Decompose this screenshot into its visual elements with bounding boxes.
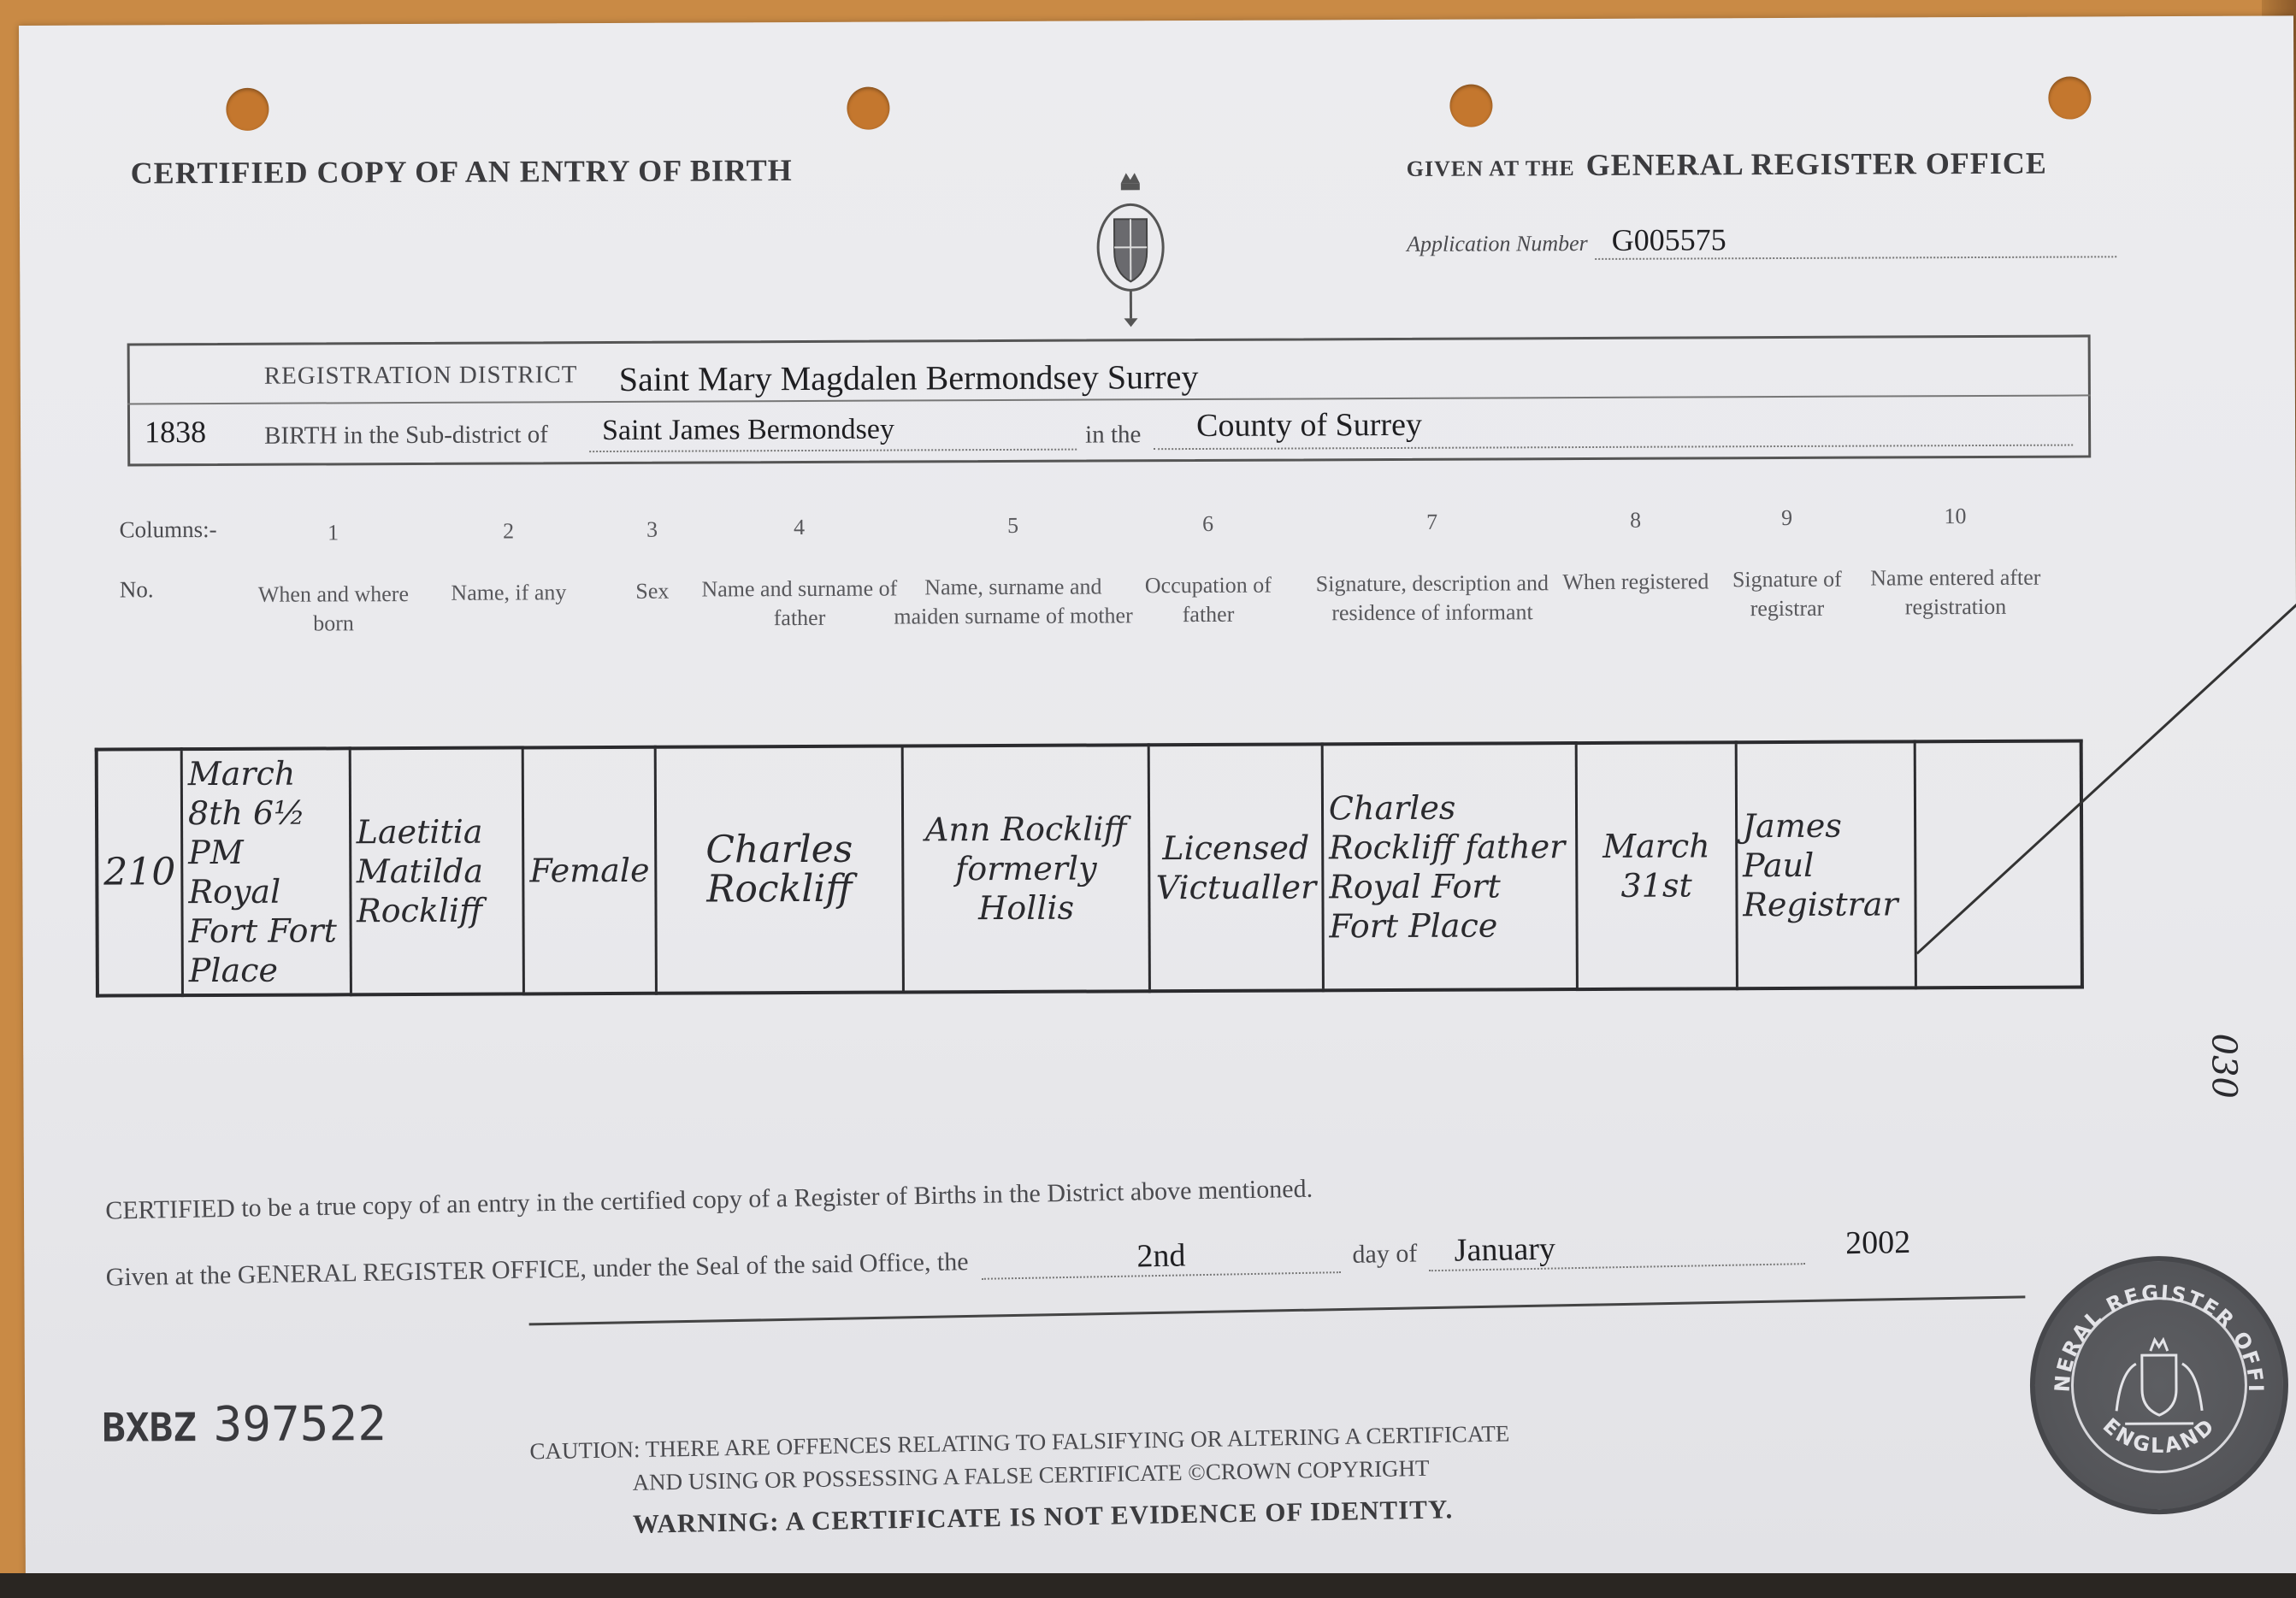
svg-text:GENERAL REGISTER OFFICE: GENERAL REGISTER OFFICE	[2034, 1260, 2268, 1395]
certification-month: January	[1454, 1231, 1555, 1269]
seal-coat-of-arms-icon	[2116, 1340, 2202, 1424]
certification-year: 2002	[1845, 1224, 1911, 1261]
entry-father: Charles Rockliff	[655, 746, 903, 994]
entry-mother: Ann Rockliff formerly Hollis	[902, 745, 1150, 992]
entry-name: Laetitia Matilda Rockliff	[350, 747, 524, 994]
general-register-office-seal: GENERAL REGISTER OFFICE ENGLAND	[2029, 1255, 2288, 1514]
column-heading-1: When and where born	[244, 580, 423, 639]
entry-number: 210	[97, 749, 183, 995]
punch-hole	[226, 88, 269, 131]
day-of-label: day of	[1352, 1239, 1417, 1268]
in-the-label: in the	[1085, 421, 1141, 449]
margin-note: 030	[2204, 1033, 2243, 1099]
signature-rule	[529, 1295, 2026, 1325]
entry-when-registered: March 31st	[1576, 742, 1737, 989]
column-heading-2: Name, if any	[419, 578, 599, 608]
entry-when-where-born: March 8th 6½ PM Royal Fort Fort Place	[181, 748, 351, 995]
column-number-2: 2	[436, 516, 581, 546]
sub-district-value: Saint James Bermondsey	[602, 414, 894, 447]
column-number-10: 10	[1865, 502, 2045, 532]
identity-warning: WARNING: A CERTIFICATE IS NOT EVIDENCE O…	[633, 1494, 1454, 1540]
entry-sex: Female	[522, 747, 656, 994]
columns-label: Columns:-	[120, 516, 217, 543]
given-at-office: GENERAL REGISTER OFFICE	[1586, 146, 2047, 182]
application-number-label: Application Number	[1407, 231, 1588, 257]
dark-surface-edge	[0, 1573, 2296, 1598]
sub-district-label: BIRTH in the Sub-district of	[264, 421, 548, 450]
given-at-label: GIVEN AT THE GENERAL REGISTER OFFICE	[1407, 145, 2047, 184]
column-heading-7: Signature, description and residence of …	[1287, 569, 1578, 628]
entry-occupation: Licensed Victualler	[1148, 744, 1323, 991]
no-label: No.	[120, 576, 154, 603]
registration-district-label: REGISTRATION DISTRICT	[264, 361, 578, 391]
birth-certificate-page: CERTIFIED COPY OF AN ENTRY OF BIRTH GIVE…	[19, 15, 2296, 1598]
column-number-4: 4	[700, 513, 897, 543]
registration-district-value: Saint Mary Magdalen Bermondsey Surrey	[619, 357, 1199, 399]
county-value: County of Surrey	[1196, 406, 1422, 445]
punch-hole	[1449, 84, 1492, 127]
column-heading-5: Name, surname and maiden surname of moth…	[894, 573, 1133, 632]
column-heading-9: Signature of registrar	[1702, 565, 1873, 624]
column-headings: 1When and where born2Name, if any3Sex4Na…	[19, 15, 2293, 26]
given-at-prefix: GIVEN AT THE	[1407, 156, 1575, 181]
entry-registrar: James Paul Registrar	[1736, 741, 1915, 988]
serial-prefix: BXBZ	[102, 1404, 197, 1450]
certification-day: 2nd	[1136, 1237, 1186, 1274]
punch-hole	[2048, 76, 2091, 119]
given-under-seal-label: Given at the GENERAL REGISTER OFFICE, un…	[105, 1247, 968, 1291]
royal-coat-of-arms-icon	[1095, 166, 1166, 328]
application-number-value: G005575	[1612, 222, 1726, 257]
entry-informant: Charles Rockliff father Royal Fort Fort …	[1322, 743, 1577, 990]
serial-number: 397522	[213, 1396, 387, 1453]
cancel-diagonal-line	[1911, 597, 2296, 958]
column-number-5: 5	[910, 511, 1115, 541]
column-number-9: 9	[1718, 504, 1855, 534]
table-row: 210 March 8th 6½ PM Royal Fort Fort Plac…	[97, 740, 2082, 995]
punch-hole	[847, 87, 889, 130]
caution-line-2: AND USING OR POSSESSING A FALSE CERTIFIC…	[632, 1455, 1429, 1496]
certification-statement: CERTIFIED to be a true copy of an entry …	[105, 1175, 1313, 1226]
register-entry-table: 210 March 8th 6½ PM Royal Fort Fort Plac…	[95, 739, 2084, 997]
column-number-6: 6	[1143, 510, 1272, 540]
registration-year: 1838	[145, 414, 206, 450]
certificate-title: CERTIFIED COPY OF AN ENTRY OF BIRTH	[131, 152, 793, 191]
certificate-serial: BXBZ 397522	[102, 1396, 387, 1453]
column-number-1: 1	[261, 518, 406, 548]
column-number-3: 3	[618, 515, 687, 544]
column-heading-6: Occupation of father	[1127, 571, 1290, 630]
column-heading-8: When registered	[1559, 567, 1713, 597]
column-number-7: 7	[1303, 507, 1560, 537]
column-number-8: 8	[1575, 505, 1695, 535]
given-under-seal-line: Given at the GENERAL REGISTER OFFICE, un…	[105, 1221, 2029, 1295]
seal-text-ring: GENERAL REGISTER OFFICE ENGLAND	[2034, 1260, 2283, 1509]
application-number-row: Application Number G005575	[1407, 220, 2091, 260]
column-heading-4: Name and surname of father	[684, 575, 915, 634]
svg-text:ENGLAND: ENGLAND	[2098, 1413, 2221, 1459]
